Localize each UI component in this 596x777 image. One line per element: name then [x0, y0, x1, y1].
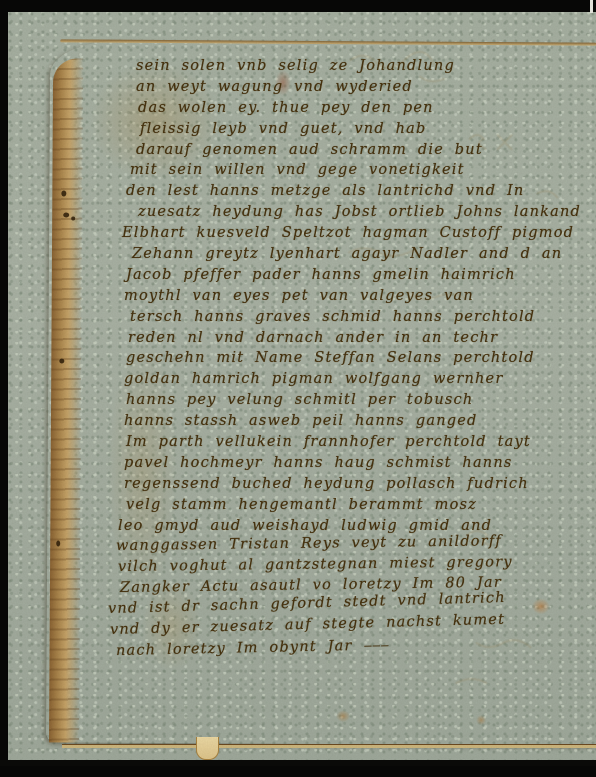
manuscript-line: den lest hanns metzge als lantrichd vnd …	[126, 181, 596, 202]
manuscript-line: zuesatz heydung has Jobst ortlieb Johns …	[138, 202, 596, 223]
manuscript-line: pavel hochmeyr hanns haug schmist hanns	[124, 453, 596, 474]
manuscript-line: velg stamm hengemantl berammt mosz	[126, 495, 596, 516]
manuscript-line: moythl van eyes pet van valgeyes van	[124, 286, 596, 307]
manuscript-line: hanns stassh asweb peil hanns ganged	[124, 411, 596, 432]
manuscript-line: geschehn mit Name Steffan Selans perchto…	[126, 348, 596, 369]
manuscript-line: an weyt wagung vnd wyderied	[136, 77, 596, 98]
manuscript-line: reden nl vnd darnach ander in an techr	[128, 328, 596, 349]
manuscript-line: hanns pey velung schmitl per tobusch	[126, 390, 596, 411]
manuscript-line: Zehann greytz lyenhart agayr Nadler and …	[132, 244, 596, 265]
manuscript-line: Elbhart kuesveld Speltzot hagman Custoff…	[122, 223, 596, 244]
manuscript-text-block: sein solen vnb selig ze Johandlung an we…	[116, 56, 596, 662]
manuscript-line: Im parth vellukein frannhofer perchtold …	[126, 432, 596, 453]
manuscript-line: sein solen vnb selig ze Johandlung	[136, 56, 596, 77]
underlying-page-edge	[62, 744, 596, 748]
manuscript-line: regenssend buched heydung pollasch fudri…	[124, 474, 596, 495]
manuscript-line: Jacob pfeffer pader hanns gmelin haimric…	[126, 265, 596, 286]
manuscript-line: darauf genomen aud schramm die but	[136, 140, 596, 161]
photo-frame: sein solen vnb selig ze Johandlung an we…	[0, 0, 596, 777]
table-stripe	[3, 766, 596, 774]
manuscript-line: tersch hanns graves schmid hanns perchto…	[130, 307, 596, 328]
frame-sliver	[590, 0, 593, 13]
manuscript-line: mit sein willen vnd gege vonetigkeit	[130, 160, 596, 181]
page-corner-tab	[196, 737, 219, 760]
manuscript-line: das wolen ey. thue pey den pen	[138, 98, 596, 119]
manuscript-line: goldan hamrich pigman wolfgang wernher	[124, 369, 596, 390]
manuscript-line: fleissig leyb vnd guet, vnd hab	[140, 119, 596, 140]
